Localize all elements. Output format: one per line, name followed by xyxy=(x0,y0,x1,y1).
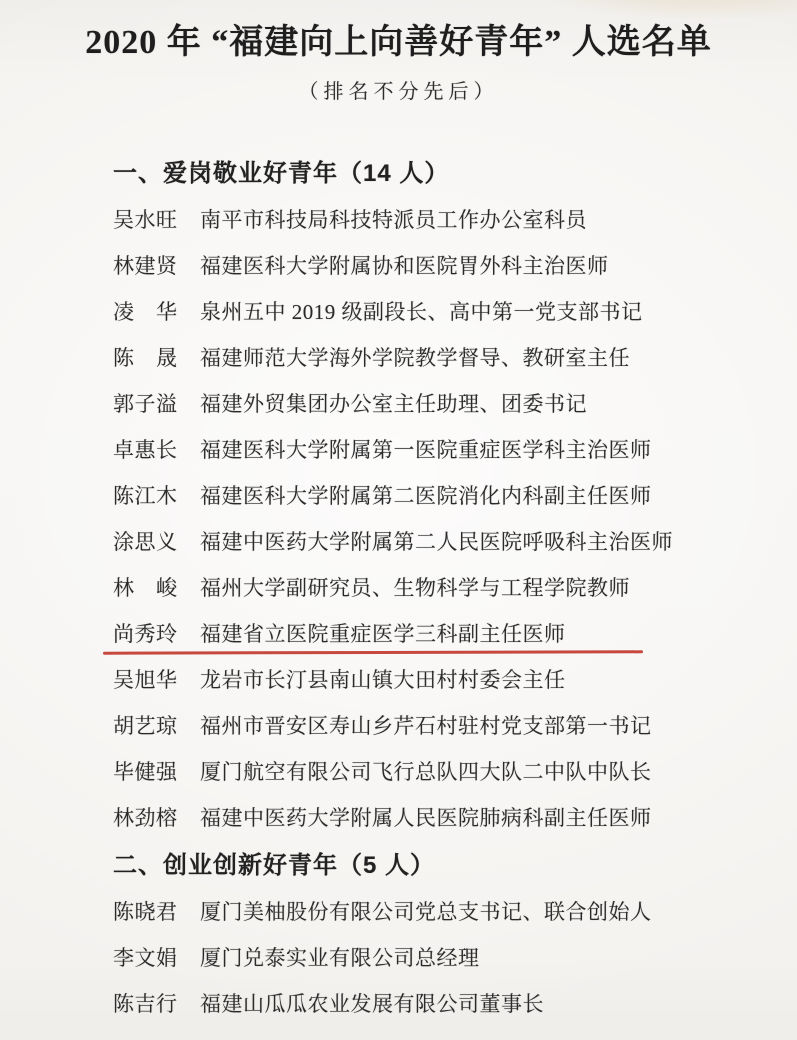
entry-name: 陈江木 xyxy=(113,482,179,510)
document-body: 一、爱岗敬业好青年（14 人）吴水旺南平市科技局科技特派员工作办公室科员林建贤福… xyxy=(0,158,797,1018)
section-1: 一、爱岗敬业好青年（14 人）吴水旺南平市科技局科技特派员工作办公室科员林建贤福… xyxy=(113,158,757,832)
entry-name: 林建贤 xyxy=(113,252,179,280)
list-entry: 林劲榕福建中医药大学附属人民医院肺病科副主任医师 xyxy=(113,804,757,832)
entry-name: 郭子溢 xyxy=(113,390,179,418)
entry-name: 涂思义 xyxy=(113,528,179,556)
list-entry: 陈 晟福建师范大学海外学院教学督导、教研室主任 xyxy=(113,344,757,372)
entry-name: 陈晓君 xyxy=(113,898,179,926)
entry-name: 凌 华 xyxy=(113,298,179,326)
section-heading: 二、创业创新好青年（5 人） xyxy=(113,850,757,882)
red-underline-annotation xyxy=(103,650,643,654)
list-entry: 吴水旺南平市科技局科技特派员工作办公室科员 xyxy=(113,206,757,234)
entry-name: 毕健强 xyxy=(113,758,179,786)
entry-role: 福建中医药大学附属第二人民医院呼吸科主治医师 xyxy=(200,528,673,556)
entry-name: 尚秀玲 xyxy=(113,620,179,648)
list-entry: 凌 华泉州五中 2019 级副段长、高中第一党支部书记 xyxy=(113,298,757,326)
entry-role: 厦门兑泰实业有限公司总经理 xyxy=(200,944,480,972)
entry-name: 陈吉行 xyxy=(113,990,179,1018)
entry-name: 吴旭华 xyxy=(113,666,179,694)
list-entry: 林建贤福建医科大学附属协和医院胃外科主治医师 xyxy=(113,252,757,280)
list-entry: 尚秀玲福建省立医院重症医学三科副主任医师 xyxy=(113,620,757,648)
list-entry: 陈晓君厦门美柚股份有限公司党总支书记、联合创始人 xyxy=(113,898,757,926)
list-entry: 郭子溢福建外贸集团办公室主任助理、团委书记 xyxy=(113,390,757,418)
entry-role: 福建医科大学附属协和医院胃外科主治医师 xyxy=(200,252,609,280)
list-entry: 陈吉行福建山瓜瓜农业发展有限公司董事长 xyxy=(113,990,757,1018)
list-entry: 林 峻福州大学副研究员、生物科学与工程学院教师 xyxy=(113,574,757,602)
entry-role: 厦门航空有限公司飞行总队四大队二中队中队长 xyxy=(200,758,652,786)
entry-role: 福建医科大学附属第二医院消化内科副主任医师 xyxy=(200,482,652,510)
entry-role: 福建山瓜瓜农业发展有限公司董事长 xyxy=(200,990,544,1018)
list-entry: 涂思义福建中医药大学附属第二人民医院呼吸科主治医师 xyxy=(113,528,757,556)
entry-name: 李文娟 xyxy=(113,944,179,972)
list-entry: 吴旭华龙岩市长汀县南山镇大田村村委会主任 xyxy=(113,666,757,694)
document-title: 2020 年 “福建向上向善好青年” 人选名单 xyxy=(0,20,797,66)
entry-role: 福州市晋安区寿山乡芹石村驻村党支部第一书记 xyxy=(200,712,652,740)
list-entry: 胡艺琼福州市晋安区寿山乡芹石村驻村党支部第一书记 xyxy=(113,712,757,740)
entry-name: 卓惠长 xyxy=(113,436,179,464)
scanned-document-page: 2020 年 “福建向上向善好青年” 人选名单 （排名不分先后） 一、爱岗敬业好… xyxy=(0,0,797,1040)
entry-role: 厦门美柚股份有限公司党总支书记、联合创始人 xyxy=(200,898,652,926)
entry-role: 福州大学副研究员、生物科学与工程学院教师 xyxy=(200,574,630,602)
list-entry: 陈江木福建医科大学附属第二医院消化内科副主任医师 xyxy=(113,482,757,510)
entry-role: 南平市科技局科技特派员工作办公室科员 xyxy=(200,206,587,234)
list-entry: 李文娟厦门兑泰实业有限公司总经理 xyxy=(113,944,757,972)
entry-name: 吴水旺 xyxy=(113,206,179,234)
entry-name: 林 峻 xyxy=(113,574,179,602)
list-entry: 毕健强厦门航空有限公司飞行总队四大队二中队中队长 xyxy=(113,758,757,786)
entry-name: 陈 晟 xyxy=(113,344,179,372)
entry-role: 福建师范大学海外学院教学督导、教研室主任 xyxy=(200,344,630,372)
entry-role: 福建中医药大学附属人民医院肺病科副主任医师 xyxy=(200,804,652,832)
entry-role: 福建省立医院重症医学三科副主任医师 xyxy=(200,620,566,648)
entry-role: 福建医科大学附属第一医院重症医学科主治医师 xyxy=(200,436,652,464)
document-subtitle: （排名不分先后） xyxy=(0,78,797,106)
section-2: 二、创业创新好青年（5 人）陈晓君厦门美柚股份有限公司党总支书记、联合创始人李文… xyxy=(113,850,757,1018)
list-entry: 卓惠长福建医科大学附属第一医院重症医学科主治医师 xyxy=(113,436,757,464)
entry-name: 林劲榕 xyxy=(113,804,179,832)
entry-role: 福建外贸集团办公室主任助理、团委书记 xyxy=(200,390,587,418)
section-heading: 一、爱岗敬业好青年（14 人） xyxy=(113,158,757,190)
entry-role: 龙岩市长汀县南山镇大田村村委会主任 xyxy=(200,666,566,694)
entry-name: 胡艺琼 xyxy=(113,712,179,740)
entry-role: 泉州五中 2019 级副段长、高中第一党支部书记 xyxy=(200,298,643,326)
